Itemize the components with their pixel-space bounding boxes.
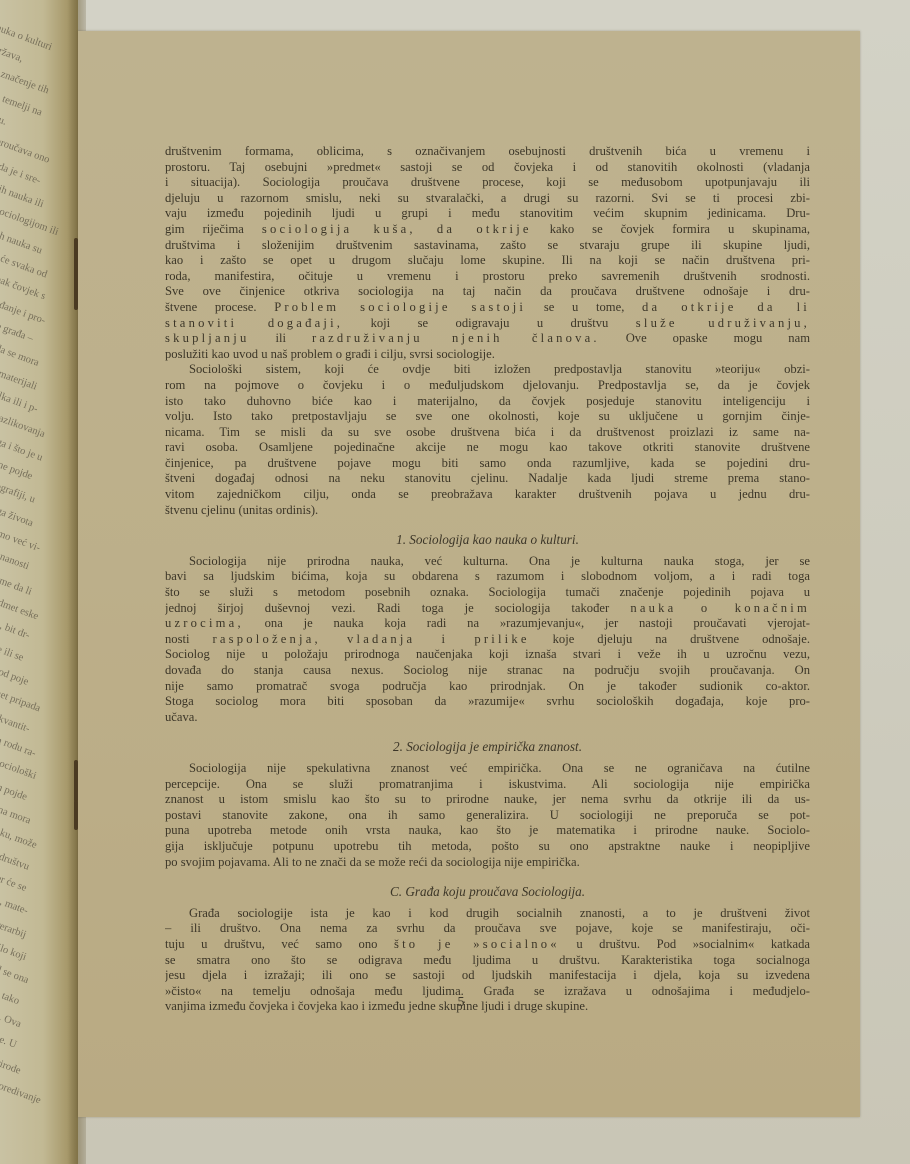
emphasized-text: nauka o konačnim <box>630 601 810 615</box>
text-line: gija isključuje potpunu upotrebu tih met… <box>165 839 810 855</box>
text-line: znanost u istom smislu kao što su to pri… <box>165 792 810 808</box>
text-line: bavi sa ljudskim bićima, koja su obdaren… <box>165 569 810 585</box>
text-line: stanoviti događaji, koji se odigravaju u… <box>165 316 810 332</box>
emphasized-text: razdruživanju njenih članova. <box>312 331 600 345</box>
text-line: vaju između pojedinih ljudi u grupi i me… <box>165 206 810 222</box>
text-line: – ili društvo. Ona nema za svrhu da prou… <box>165 921 810 937</box>
text-line: skupljanju ili razdruživanju njenih član… <box>165 331 810 347</box>
text-run: u društvu. Pod »socialnim« katkada <box>560 937 810 951</box>
text-line: i situacija). Sociologija proučava društ… <box>165 175 810 191</box>
text-run: Ove opaske mogu nam <box>600 331 810 345</box>
text-line: rom na pojmove o čovjeku i o međuljudsko… <box>165 378 810 394</box>
text-line: gim riječima sociologija kuša, da otkrij… <box>165 222 810 238</box>
text-run: jednoj širjoj duševnoj vezi. Radi toga j… <box>165 601 630 615</box>
text-line: Sve ove činjenice otkriva sociologija na… <box>165 284 810 300</box>
text-line: kao i zašto se opet u drugom slučaju lom… <box>165 253 810 269</box>
emphasized-text: raspoloženja, vladanja i prilike <box>212 632 529 646</box>
text-line: štveni događaj odnosi na neku stanovitu … <box>165 471 810 487</box>
emphasized-text: služe udruživanju, <box>636 316 810 330</box>
text-run: koje djeluju na društvene odnošaje. <box>530 632 810 646</box>
text-line: »čisto« na temelju odnošaja među ljudima… <box>165 984 810 1000</box>
emphasized-text: stanoviti događaji, <box>165 316 343 330</box>
text-line: jednoj širjoj duševnoj vezi. Radi toga j… <box>165 601 810 617</box>
emphasized-text: da otkrije da li <box>642 300 810 314</box>
text-line: činjenice, pa društvene pojave mogu biti… <box>165 456 810 472</box>
emphasized-text: što je »socialno« <box>394 937 560 951</box>
text-line: štvenu cjelinu (unitas ordinis). <box>165 503 810 519</box>
text-line: Sociologija nije prirodna nauka, već kul… <box>165 554 810 570</box>
text-run: ili <box>249 331 311 345</box>
text-line: volju. Isto tako pretpostavljaju se sve … <box>165 409 810 425</box>
text-line: se smatra ono što se odigrava među ljudi… <box>165 953 810 969</box>
text-line: društvima i složenijim društvenim sastav… <box>165 238 810 254</box>
section-1-paragraph: Sociologija nije prirodna nauka, već kul… <box>165 554 810 726</box>
emphasized-text: Problem sociologije sastoji <box>274 300 526 314</box>
text-run: tuju u društvu, već samo ono <box>165 937 394 951</box>
section-heading-1: 1. Sociologija kao nauka o kulturi. <box>165 532 810 548</box>
text-run: se u tome, <box>526 300 642 314</box>
text-run: nosti <box>165 632 212 646</box>
emphasized-text: uzrocima, <box>165 616 244 630</box>
text-line: roda, manifestira, očituje u vremenu i p… <box>165 269 810 285</box>
text-line: ravi osoba. Osamljene pojedinačne akcije… <box>165 440 810 456</box>
section-heading-3: C. Građa koju proučava Sociologija. <box>165 884 810 900</box>
text-line: djeluju u razornom smislu, neki su stvar… <box>165 191 810 207</box>
emphasized-text: skupljanju <box>165 331 249 345</box>
text-line: štvene procese. Problem sociologije sast… <box>165 300 810 316</box>
text-line: poslužiti kao uvod u naš problem o građi… <box>165 347 810 363</box>
text-line: isto tako duhovno biće kao i materijalno… <box>165 394 810 410</box>
text-run: kako se čovjek formira u skupinama, <box>532 222 810 236</box>
text-run: gim riječima <box>165 222 262 236</box>
book-page: društvenim formama, oblicima, s označiva… <box>78 31 860 1117</box>
text-run: ona je nauka koja radi na »razumjevanju«… <box>244 616 810 630</box>
text-line: percepcije. Ona se služi promatranjima i… <box>165 777 810 793</box>
text-line: tuju u društvu, već samo ono što je »soc… <box>165 937 810 953</box>
text-line: Sociološki sistem, koji će ovdje biti iz… <box>165 362 810 378</box>
text-line: uzrocima, ona je nauka koja radi na »raz… <box>165 616 810 632</box>
text-line: puna upotreba metode onih vrsta nauka, k… <box>165 823 810 839</box>
emphasized-text: sociologija kuša, da otkrije <box>262 222 532 236</box>
paragraph-2: Sociološki sistem, koji će ovdje biti iz… <box>165 362 810 518</box>
text-line: vitom zajedničkom cilju, onda se preobra… <box>165 487 810 503</box>
text-line: što se služi s metodom posebnih oznaka. … <box>165 585 810 601</box>
section-2-paragraph: Sociologija nije spekulativna znanost ve… <box>165 761 810 870</box>
text-line: vanjima između čovjeka i čovjeka kao i i… <box>165 999 810 1015</box>
text-line: dovađa do stanja causa nexus. Sociolog n… <box>165 663 810 679</box>
facing-page-fragment: nauka o kulturidržava,i značenje tihse t… <box>0 0 78 1164</box>
text-line: po svojim pojavama. Ali to ne znači da s… <box>165 855 810 871</box>
text-line: Sociolog nije u položaju prirodnoga nauč… <box>165 647 810 663</box>
text-line: Stoga sociolog mora biti sposoban da »ra… <box>165 694 810 710</box>
text-line: učava. <box>165 710 810 726</box>
page-number: 5 <box>446 995 476 1011</box>
text-line: nosti raspoloženja, vladanja i prilike k… <box>165 632 810 648</box>
section-3-paragraph: Građa sociologije ista je kao i kod drug… <box>165 906 810 1015</box>
text-line: prostoru. Taj osebujni »predmet« sastoji… <box>165 160 810 176</box>
section-heading-2: 2. Sociologija je empirička znanost. <box>165 739 810 755</box>
text-line: postavi stanovite zakone, ona ih samo ge… <box>165 808 810 824</box>
text-line: društvenim formama, oblicima, s označiva… <box>165 144 810 160</box>
text-line: Građa sociologije ista je kao i kod drug… <box>165 906 810 922</box>
text-line: Sociologija nije spekulativna znanost ve… <box>165 761 810 777</box>
text-line: nicama. Tim se misli da su sve osobe dru… <box>165 425 810 441</box>
text-run: koji se odigravaju u društvu <box>343 316 636 330</box>
text-line: jesu djela i izražaji; ili ono se sastoj… <box>165 968 810 984</box>
text-run: štvene procese. <box>165 300 274 314</box>
paragraph-1: društvenim formama, oblicima, s označiva… <box>165 144 810 362</box>
page-text-block: društvenim formama, oblicima, s označiva… <box>165 144 810 1015</box>
text-line: nije samo promatrač svoga područja kao p… <box>165 679 810 695</box>
